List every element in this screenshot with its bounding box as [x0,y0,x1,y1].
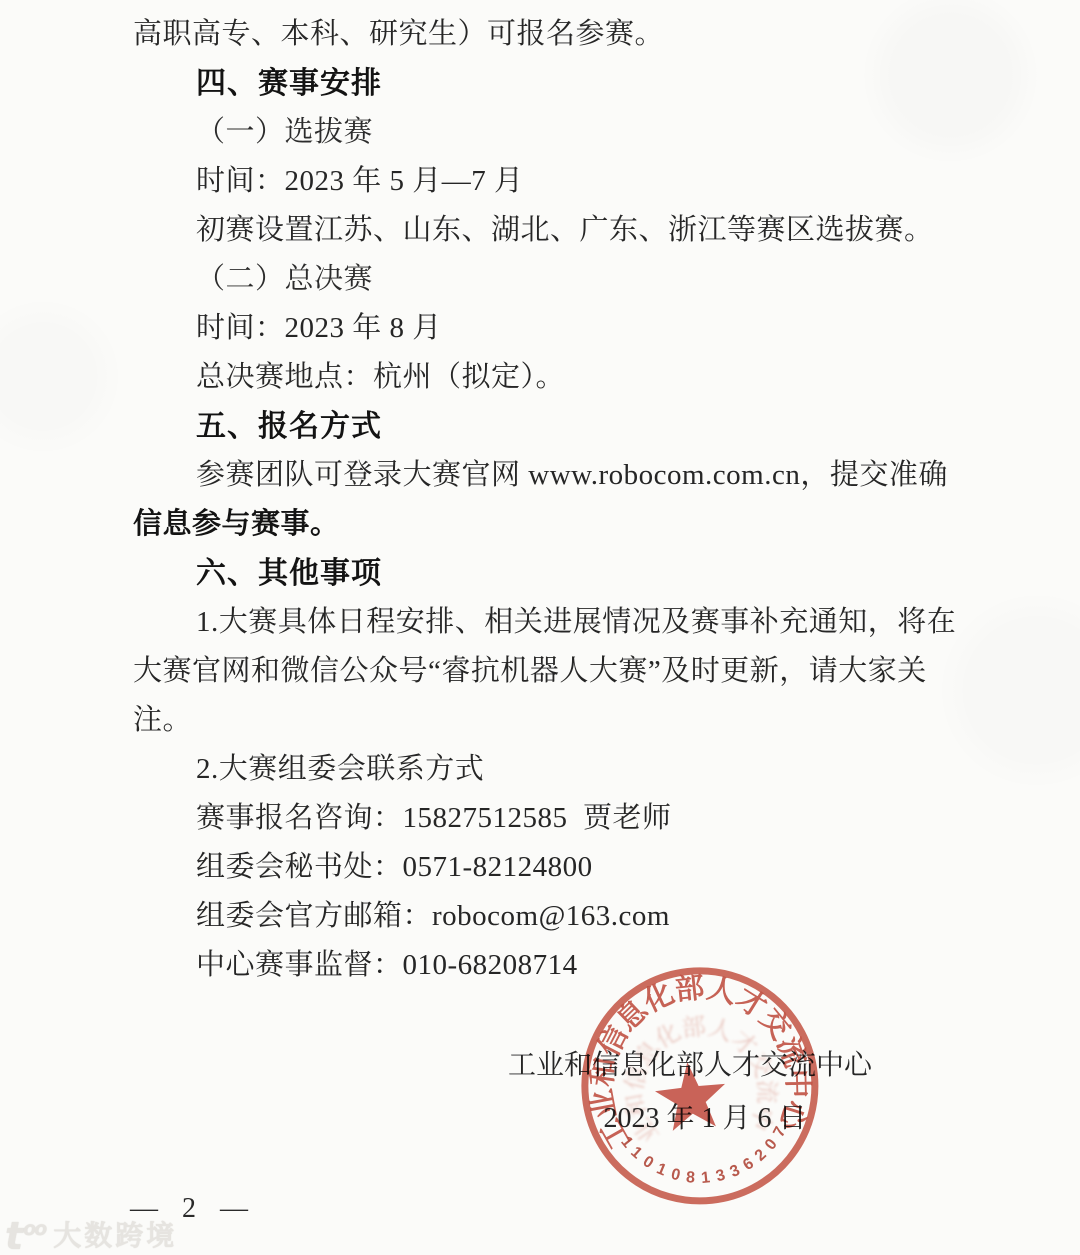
contact-supervision: 中心赛事监督：010-68208714 [133,941,963,990]
star-icon [652,1058,729,1132]
watermark: too 大数跨境 [5,1212,177,1253]
document-body: 高职高专、本科、研究生）可报名参赛。 四、赛事安排 （一）选拔赛 时间：2023… [133,10,963,990]
page-number-value: 2 [182,1193,196,1225]
page-number-dash-right: — [220,1193,248,1225]
subsection-heading-2: （二）总决赛 [133,255,963,304]
doc-line: 初赛设置江苏、山东、湖北、广东、浙江等赛区选拔赛。 [133,206,963,255]
doc-line: 总决赛地点：杭州（拟定）。 [133,353,963,402]
watermark-text: 大数跨境 [53,1219,177,1253]
section-heading-6: 六、其他事项 [133,549,963,598]
doc-line: 大赛官网和微信公众号“睿抗机器人大赛”及时更新，请大家关 [133,647,963,696]
section-heading-4: 四、赛事安排 [133,59,963,108]
doc-line: 2.大赛组委会联系方式 [133,745,963,794]
doc-line-bold: 信息参与赛事。 [133,500,963,549]
subsection-heading-1: （一）选拔赛 [133,108,963,157]
scanned-document-page: 高职高专、本科、研究生）可报名参赛。 四、赛事安排 （一）选拔赛 时间：2023… [0,0,1080,1255]
watermark-logo-icon: too [5,1212,45,1253]
doc-line: 时间：2023 年 8 月 [133,304,963,353]
section-heading-5: 五、报名方式 [133,402,963,451]
doc-line: 注。 [133,696,963,745]
doc-line: 参赛团队可登录大赛官网 www.robocom.com.cn，提交准确 [133,451,963,500]
contact-email: 组委会官方邮箱：robocom@163.com [133,892,963,941]
official-seal: 工业和信息化部人才交流中心 工业和信息化部人才交流中心 110108133620… [560,948,837,1227]
doc-line: 1.大赛具体日程安排、相关进展情况及赛事补充通知，将在 [133,598,963,647]
contact-registration: 赛事报名咨询：15827512585 贾老师 [133,794,963,843]
contact-secretariat: 组委会秘书处：0571-82124800 [133,843,963,892]
doc-line: 时间：2023 年 5 月—7 月 [133,157,963,206]
doc-line: 高职高专、本科、研究生）可报名参赛。 [133,10,963,59]
